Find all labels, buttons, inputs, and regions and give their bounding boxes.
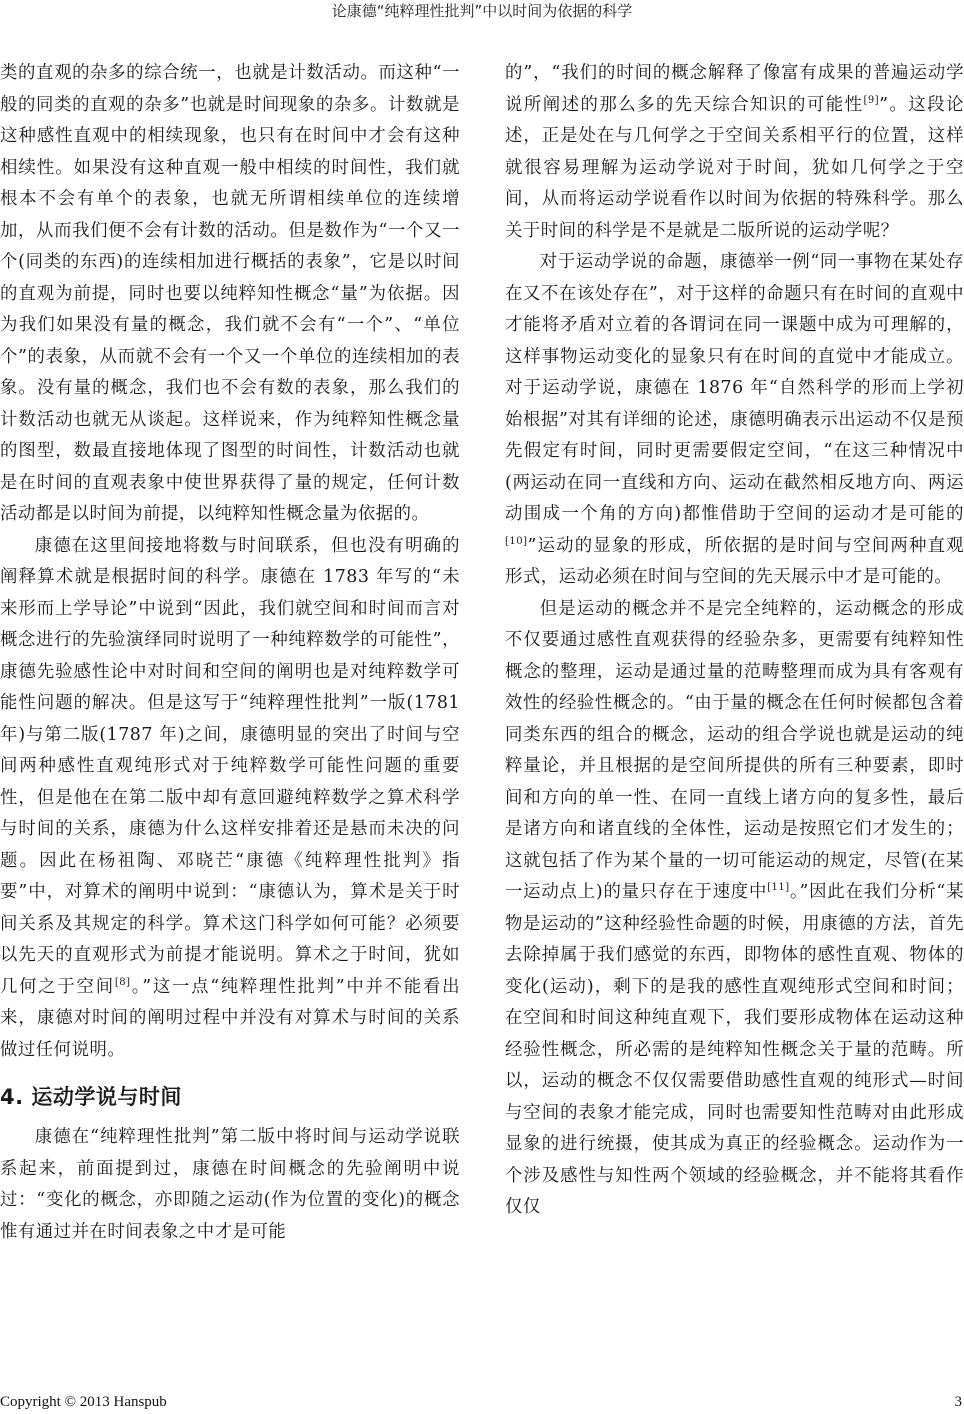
paragraph-text: 。”因此在我们分析“某物是运动的”这种经验性命题的时候，用康德的方法，首先去除掉…	[505, 882, 964, 1217]
copyright-notice: Copyright © 2013 Hanspub	[0, 1394, 167, 1411]
paragraph-arithmetic-time: 康德在这里间接地将数与时间联系，但也没有明确的阐释算术就是根据时间的科学。康德在…	[0, 531, 460, 1067]
paragraph-motion-concept: 但是运动的概念并不是完全纯粹的，运动概念的形成不仅要通过感性直观获得的经验杂多，…	[505, 594, 964, 1224]
citation-ref-8[interactable]: [8]	[115, 977, 131, 988]
citation-ref-10[interactable]: [10]	[505, 536, 528, 547]
paragraph-kinematics-intro: 康德在“纯粹理性批判”第二版中将时间与运动学说联系起来，前面提到过，康德在时间概…	[0, 1122, 460, 1248]
running-header: 论康德“纯粹理性批判”中以时间为依据的科学	[0, 0, 964, 22]
paragraph-motion-proposition: 对于运动学说的命题，康德举一例“同一事物在某处存在又不在该处存在”，对于这样的命…	[505, 247, 964, 594]
paragraph-text: 但是运动的概念并不是完全纯粹的，运动概念的形成不仅要通过感性直观获得的经验杂多，…	[505, 599, 964, 903]
citation-ref-11[interactable]: [11]	[767, 882, 790, 893]
section-heading: 4. 运动学说与时间	[0, 1080, 460, 1114]
page-number: 3	[955, 1394, 963, 1411]
paragraph-text: ”运动的显象的形成，所依据的是时间与空间两种直观形式，运动必须在时间与空间的先天…	[505, 536, 964, 588]
paragraph-continuation: 的”，“我们的时间的概念解释了像富有成果的普遍运动学说所阐述的那么多的先天综合知…	[505, 58, 964, 247]
paragraph-text: 对于运动学说的命题，康德举一例“同一事物在某处存在又不在该处存在”，对于这样的命…	[505, 252, 964, 524]
right-column: 的”，“我们的时间的概念解释了像富有成果的普遍运动学说所阐述的那么多的先天综合知…	[505, 58, 964, 1224]
paragraph-continuation: 类的直观的杂多的综合统一，也就是计数活动。而这种“一般的同类的直观的杂多”也就是…	[0, 58, 460, 531]
left-column: 类的直观的杂多的综合统一，也就是计数活动。而这种“一般的同类的直观的杂多”也就是…	[0, 58, 460, 1248]
paragraph-text: 康德在这里间接地将数与时间联系，但也没有明确的阐释算术就是根据时间的科学。康德在…	[0, 536, 460, 997]
paragraph-text: ”。这段论述，正是处在与几何学之于空间关系相平行的位置，这样就很容易理解为运动学…	[505, 95, 964, 241]
citation-ref-9[interactable]: [9]	[863, 95, 879, 106]
